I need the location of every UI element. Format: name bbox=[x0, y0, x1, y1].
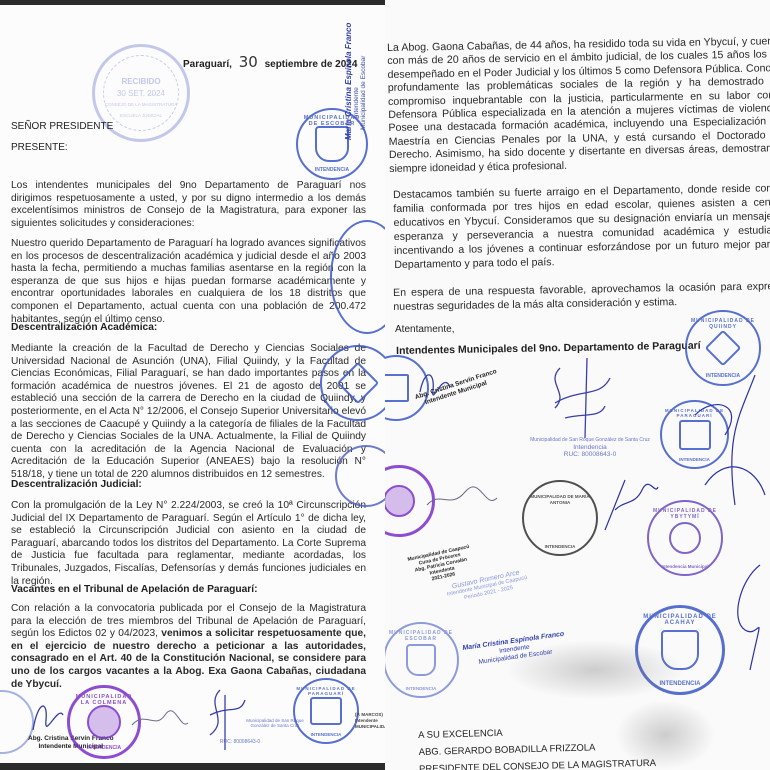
closing-paragraph: En espera de una respuesta favorable, ap… bbox=[393, 279, 770, 314]
stamp-text: MUNICIPALIDAD DE YBYTYMÍ bbox=[649, 508, 721, 520]
context-paragraph: Nuestro querido Departamento de Paraguar… bbox=[11, 238, 366, 326]
right-small-signer: (P. MARCOS) Intendente MUNICIPALIDAD bbox=[355, 712, 385, 730]
stamp-text: MUNICIPALIDAD DE ESCOBAR bbox=[385, 630, 457, 642]
org-ruc: RUC: 80008643-0 bbox=[525, 451, 655, 458]
sign-off: Atentamente, bbox=[395, 324, 454, 335]
top-border bbox=[0, 0, 385, 5]
heading-vacantes: Vacantes en el Tribunal de Apelación de … bbox=[11, 584, 257, 595]
org-name: Municipalidad de San Roque González de S… bbox=[525, 437, 655, 444]
received-date: 30 SET. 2024 bbox=[95, 89, 187, 98]
received-org: CONSEJO DE LA MAGISTRATURA bbox=[95, 102, 187, 107]
signer-org: Municipalidad de Escobar bbox=[360, 23, 367, 140]
stamp-text: INTENDENCIA bbox=[298, 167, 366, 173]
stamp-text: INTENDENCIA bbox=[385, 686, 457, 691]
signer-name: María Cristina Espínola Franco bbox=[344, 23, 353, 140]
bottom-border bbox=[0, 763, 385, 770]
maria-antonia-stamp: MUNICIPALIDAD DE MARÍA ANTONIA INTENDENC… bbox=[522, 480, 598, 556]
heading-judicial: Descentralización Judicial: bbox=[11, 479, 142, 490]
judicial-paragraph: Con la promulgación de la Ley N° 2.224/2… bbox=[11, 500, 366, 588]
addressee-block: A SU EXCELENCIA ABG. GERARDO BOBADILLA F… bbox=[418, 721, 656, 770]
academic-paragraph: Mediante la creación de la Facultad de D… bbox=[11, 343, 366, 482]
heading-academic: Descentralización Académica: bbox=[11, 322, 157, 333]
profile-paragraph: La Abog. Gaona Cabañas, de 44 años, ha r… bbox=[387, 35, 770, 176]
vacantes-paragraph: Con relación a la convocatoria publicada… bbox=[11, 603, 366, 691]
received-label: RECIBIDO bbox=[95, 77, 187, 86]
stamp-text: MUNICIPALIDAD DE PARAGUARÍ bbox=[295, 686, 357, 696]
santa-cruz-signature bbox=[545, 358, 615, 438]
stamp-text: MUNICIPALIDAD DE ACAHAY bbox=[638, 614, 722, 626]
date-place: Paraguarí, bbox=[183, 59, 232, 70]
stamp-text: MUNICIPALIDAD DE QUIINDY bbox=[687, 318, 759, 330]
escobar-stamp: MUNICIPALIDAD DE ESCOBAR INTENDENCIA bbox=[385, 622, 459, 698]
ybytymi-stamp: MUNICIPALIDAD DE YBYTYMÍ Intendencia Mun… bbox=[647, 500, 723, 576]
stamp-text: INTENDENCIA bbox=[70, 745, 138, 751]
org-sub: Intendencia bbox=[525, 444, 655, 451]
signer-title: Intendente bbox=[353, 23, 360, 140]
paraguari-signature bbox=[685, 375, 770, 515]
escobar-signature-block: María Cristina Espínola Franco Intendent… bbox=[344, 23, 367, 140]
stamp-text: Intendencia Municipal bbox=[649, 564, 721, 569]
signer-org: MUNICIPALIDAD bbox=[355, 724, 385, 730]
family-paragraph: Destacamos también su fuerte arraigo en … bbox=[393, 181, 770, 272]
santa-cruz-label: Municipalidad de San Roque González de S… bbox=[525, 437, 655, 458]
date-day: 30 bbox=[239, 53, 258, 71]
stamp-text: MUNICIPALIDAD DE MARÍA ANTONIA bbox=[524, 494, 596, 506]
letter-page-1: RECIBIDO 30 SET. 2024 CONSEJO DE LA MAGI… bbox=[0, 0, 385, 770]
santa-cruz-ruc: RUC: 80008643-0 bbox=[210, 738, 270, 746]
paraguari-stamp-bottom: MUNICIPALIDAD DE PARAGUARÍ INTENDENCIA bbox=[293, 678, 359, 744]
signatories-heading: Intendentes Municipales del 9no. Departa… bbox=[396, 340, 701, 357]
paper-smudge bbox=[505, 640, 685, 700]
la-colmena-signature bbox=[425, 480, 500, 520]
signature-1 bbox=[28, 695, 68, 735]
date-line: Paraguarí, 30 septiembre de 2024 bbox=[183, 53, 357, 71]
stamp-text: INTENDENCIA bbox=[295, 732, 357, 737]
received-sub: ESCUELA JUDICIAL bbox=[95, 113, 187, 118]
signature-2 bbox=[130, 705, 190, 735]
stamp-text: MUNICIPALIDAD LA COLMENA bbox=[70, 694, 138, 706]
ybycui-stamp-partial bbox=[335, 445, 385, 507]
letter-page-2: La Abog. Gaona Cabañas, de 44 años, ha r… bbox=[385, 0, 770, 770]
intro-paragraph: Los intendentes municipales del 9no Depa… bbox=[11, 180, 366, 230]
stamp-text: INTENDENCIA bbox=[524, 544, 596, 549]
recipient-title: SEÑOR PRESIDENTE bbox=[11, 121, 113, 132]
acahay-signature bbox=[720, 560, 770, 680]
recipient-present: PRESENTE: bbox=[11, 142, 68, 153]
